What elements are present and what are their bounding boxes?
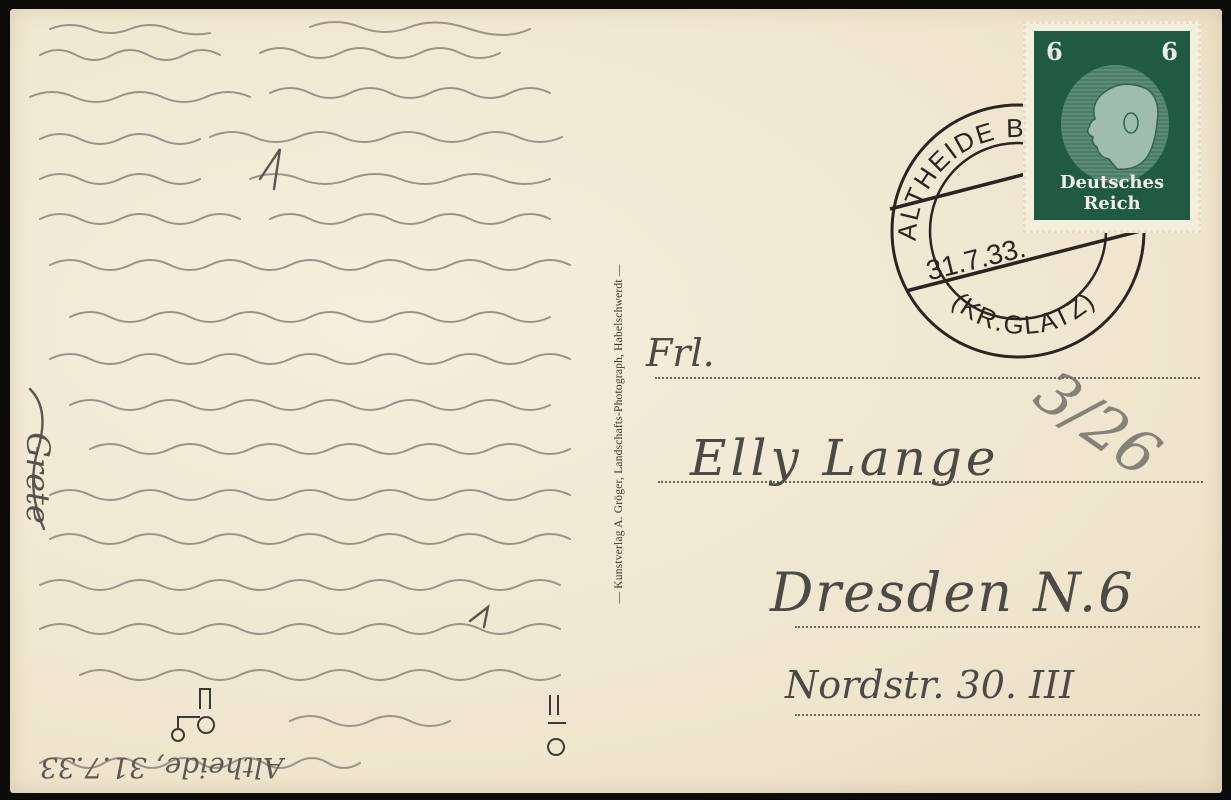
address-salutation: Frl. <box>646 331 715 375</box>
address-name: Elly Lange <box>690 429 999 487</box>
address-street: Nordstr. 30. III <box>785 663 1074 707</box>
stamp-value-right: 6 <box>1161 37 1178 66</box>
hindenburg-profile-icon <box>1061 65 1169 183</box>
address-city: Dresden N.6 <box>770 561 1135 624</box>
address-line-4 <box>795 714 1200 716</box>
handwriting-strokes-icon <box>10 9 610 793</box>
handwritten-message <box>10 9 610 793</box>
address-line-3 <box>795 626 1200 628</box>
message-dateline: Altheide, 31.7.33 <box>40 751 283 784</box>
address-line-1 <box>655 377 1200 379</box>
postage-stamp: 6 6 Deutsches Reich <box>1023 21 1201 233</box>
publisher-imprint: — Kunstverlag A. Gröger, Landschafts-Pho… <box>606 169 632 699</box>
message-signature: Grete <box>19 432 57 524</box>
stamp-value-left: 6 <box>1046 37 1063 66</box>
postcard-back: — Kunstverlag A. Gröger, Landschafts-Pho… <box>10 9 1222 793</box>
postmark-date: 31.7.33. <box>923 232 1029 287</box>
postmark-district: (KR.GLATZ) <box>947 285 1102 341</box>
stamp-inscription: Deutsches Reich <box>1034 172 1190 214</box>
svg-text:(KR.GLATZ): (KR.GLATZ) <box>947 285 1102 341</box>
publisher-imprint-text: — Kunstverlag A. Gröger, Landschafts-Pho… <box>613 264 625 603</box>
